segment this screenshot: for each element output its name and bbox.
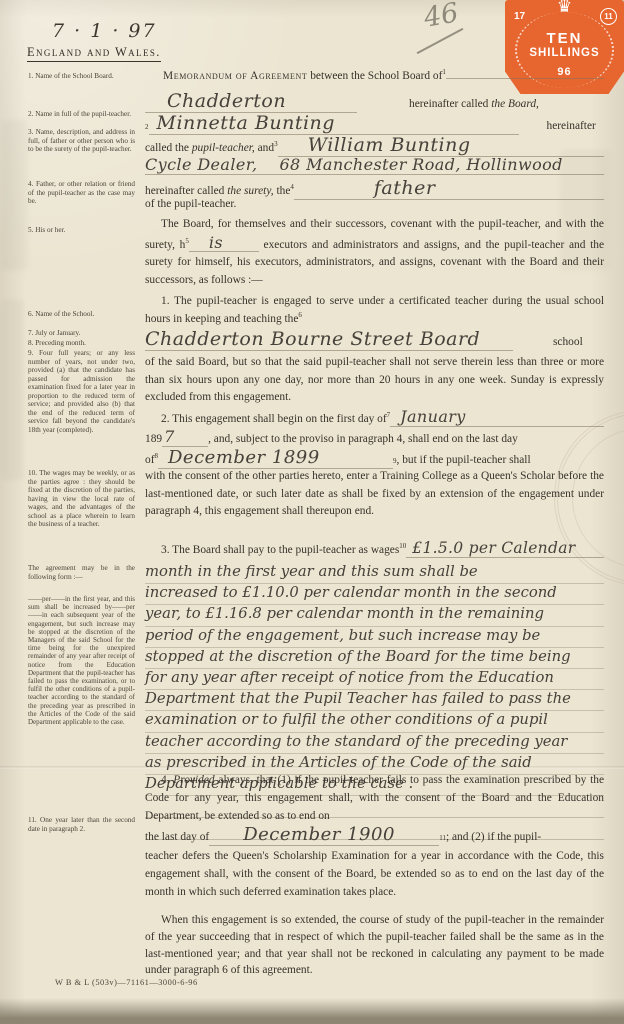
stamp-value-word1: TEN — [505, 30, 624, 47]
margin-note-2: 2. Name in full of the pupil-teacher. — [28, 110, 135, 119]
board-hereinafter: hereinafter called the Board, — [357, 98, 539, 110]
clause2-of: of8 — [145, 454, 158, 466]
extension-date-handwriting: December 1900 — [209, 824, 395, 845]
margin-note-per-form: ——per——in the first year, and this sum s… — [28, 595, 135, 726]
memorandum-title-smallcaps: Memorandum of Agreement — [163, 70, 307, 82]
clause4-date-pre: the last day of — [145, 831, 209, 843]
surety-address-row: Cycle Dealer, 68 Manchester Road, Hollin… — [145, 155, 604, 178]
margin-note-7: 7. July or January. — [28, 329, 135, 338]
clause3-hw-line: period of the engagement, but such incre… — [145, 627, 604, 648]
footnote-ref-10: 10 — [399, 542, 406, 550]
clause3-hw-line: for any year after receipt of notice fro… — [145, 669, 604, 690]
clause3-printed-text: 3. The Board shall pay to the pupil-teac… — [161, 544, 399, 556]
clause1-body: of the said Board, but so that the said … — [145, 354, 604, 407]
surety-name-handwriting: William Bunting — [278, 134, 471, 156]
called-and: and — [255, 142, 274, 154]
margin-note-6: 6. Name of the School. — [28, 310, 135, 319]
memorandum-title-rest: between the School Board of — [307, 70, 442, 82]
margin-note-4: 4. Father, or other relation or friend o… — [28, 180, 135, 206]
margin-note-1: 1. Name of the School Board. — [28, 72, 135, 81]
board-name-handwriting: Chadderton — [145, 90, 286, 112]
pencil-number: 46 — [422, 0, 461, 34]
clause2-of-text: of — [145, 454, 155, 466]
school-name-line: Chadderton Bourne Street Board — [145, 328, 513, 351]
called-printed: called the pupil-teacher, and3 — [145, 142, 278, 154]
surety-name-row: called the pupil-teacher, and3 William B… — [145, 134, 604, 157]
begin-year-handwriting: 7 — [162, 427, 208, 447]
clause3-hw-line: stopped at the discretion of the Board f… — [145, 648, 604, 669]
pupil-hereinafter: hereinafter — [519, 120, 596, 132]
end-date-line: December 1899 — [158, 447, 393, 469]
pencil-underline-stroke — [417, 28, 464, 54]
clause2-l2-rest: , and, subject to the proviso in paragra… — [208, 433, 518, 445]
memorandum-title: Memorandum of Agreement between the Scho… — [145, 70, 446, 82]
begin-month-line: January — [390, 407, 604, 427]
margin-note-8: 8. Preceding month. — [28, 339, 135, 348]
region-heading: England and Wales. — [27, 45, 161, 62]
margin-note-5: 5. His or her. — [28, 226, 135, 235]
margin-note-agreement-form: The agreement may be in the following fo… — [28, 564, 135, 581]
wages-line: £1.5.0 per Calendar — [406, 539, 604, 558]
clause2-l1-printed: 2. This engagement shall begin on the fi… — [145, 413, 390, 425]
his-her-handwriting: is — [189, 234, 259, 253]
clause2-line3: of8 December 1899 9 , but if the pupil-t… — [145, 447, 604, 470]
board-name-row: Chadderton hereinafter called the Board, — [145, 90, 604, 113]
margin-note-9: 9. Four full years; or any less number o… — [28, 349, 135, 434]
clause1-part1: 1. The pupil-teacher is engaged to serve… — [145, 295, 604, 325]
clause2-body: with the consent of the other parties he… — [145, 468, 604, 521]
clause3-hw-line: teacher according to the standard of the… — [145, 733, 604, 754]
clause3-hw-line: year, to £1.16.8 per calendar month in t… — [145, 605, 604, 626]
clause4-body: teacher defers the Queen's Scholarship E… — [145, 848, 604, 901]
school-name-handwriting: Chadderton Bourne Street Board — [145, 328, 480, 350]
clause4-opening: 4. Provided always, that (1) if the pupi… — [145, 772, 604, 825]
board-hereinafter-pre: hereinafter called — [409, 98, 491, 110]
wages-handwriting: £1.5.0 per Calendar — [406, 539, 575, 557]
surety-name-line: William Bunting — [278, 134, 604, 157]
called-italic: pupil-teacher, — [192, 142, 255, 154]
board-name-line: Chadderton — [145, 90, 357, 113]
clause3-hw-line: Department that the Pupil Teacher has fa… — [145, 690, 604, 711]
document-page: 7 · 1 · 97 England and Wales. 46 ♛ 17 11… — [0, 0, 624, 1024]
blank-line — [446, 78, 604, 79]
clause4-provided-italic: Provided — [173, 774, 214, 786]
clause4-date-row: the last day of December 1900 11 ; and (… — [145, 824, 604, 848]
clause2-line2: 189 7 , and, subject to the proviso in p… — [145, 427, 604, 449]
showthrough-smudge — [2, 120, 28, 270]
of-pupil-teacher-line: of the pupil-teacher. — [145, 196, 604, 214]
surety-address-line: Cycle Dealer, 68 Manchester Road, Hollin… — [145, 155, 604, 175]
stamp-left-number: 17 — [514, 11, 525, 22]
stamp-value-word2: SHILLINGS — [505, 47, 624, 59]
pupil-name-handwriting: Minnetta Bunting — [149, 112, 335, 134]
clause1-opening: 1. The pupil-teacher is engaged to serve… — [145, 293, 604, 328]
clause2-l3-post: , but if the pupil-teacher shall — [397, 454, 531, 466]
board-hereinafter-italic: the Board, — [491, 98, 539, 110]
closing-paragraph: When this engagement is so extended, the… — [145, 912, 604, 979]
handwritten-date: 7 · 1 · 97 — [52, 20, 157, 42]
clause3-row: 3. The Board shall pay to the pupil-teac… — [145, 539, 604, 562]
margin-note-3: 3. Name, description, and address in ful… — [28, 128, 135, 154]
extension-date-line: December 1900 — [209, 824, 439, 846]
margin-note-10: 10. The wages may be weekly, or as the p… — [28, 469, 135, 529]
clause2-year-printed: 189 — [145, 433, 162, 445]
scan-bottom-edge — [0, 998, 624, 1024]
clause4-number: 4. — [161, 774, 173, 786]
called-pre: called the — [145, 142, 192, 154]
clause3-printed: 3. The Board shall pay to the pupil-teac… — [145, 544, 406, 556]
school-word: school — [513, 336, 583, 348]
clause3-hw-line: increased to £1.10.0 per calendar month … — [145, 584, 604, 605]
clause4-part1: always, that (1) if the pupil-teacher fa… — [145, 774, 604, 822]
pupil-name-row: 2 Minnetta Bunting hereinafter — [145, 112, 604, 135]
memorandum-heading-row: Memorandum of Agreement between the Scho… — [145, 70, 604, 82]
clause4-date-post: ; and (2) if the pupil- — [446, 831, 541, 843]
showthrough-smudge — [2, 300, 24, 480]
surety-address-handwriting: Cycle Dealer, 68 Manchester Road, Hollin… — [145, 155, 563, 174]
margin-note-11: 11. One year later than the second date … — [28, 816, 135, 833]
covenant-paragraph: The Board, for themselves and their succ… — [145, 216, 604, 289]
end-date-handwriting: December 1899 — [158, 447, 320, 468]
pupil-name-line: Minnetta Bunting — [149, 112, 519, 135]
clause3-hw-line: month in the first year and this sum sha… — [145, 563, 604, 584]
footnote-ref-6: 6 — [298, 311, 302, 319]
clause3-hw-line: examination or to fulfil the other condi… — [145, 711, 604, 732]
footnote-ref-1: 1 — [442, 68, 446, 76]
clause2-l1-text: 2. This engagement shall begin on the fi… — [161, 413, 387, 425]
school-name-row: Chadderton Bourne Street Board school — [145, 328, 604, 352]
printer-imprint: W B & L (503v)—71161—3000-6-96 — [55, 978, 198, 987]
begin-month-handwriting: January — [390, 407, 466, 426]
stamp-right-number: 11 — [600, 8, 617, 25]
